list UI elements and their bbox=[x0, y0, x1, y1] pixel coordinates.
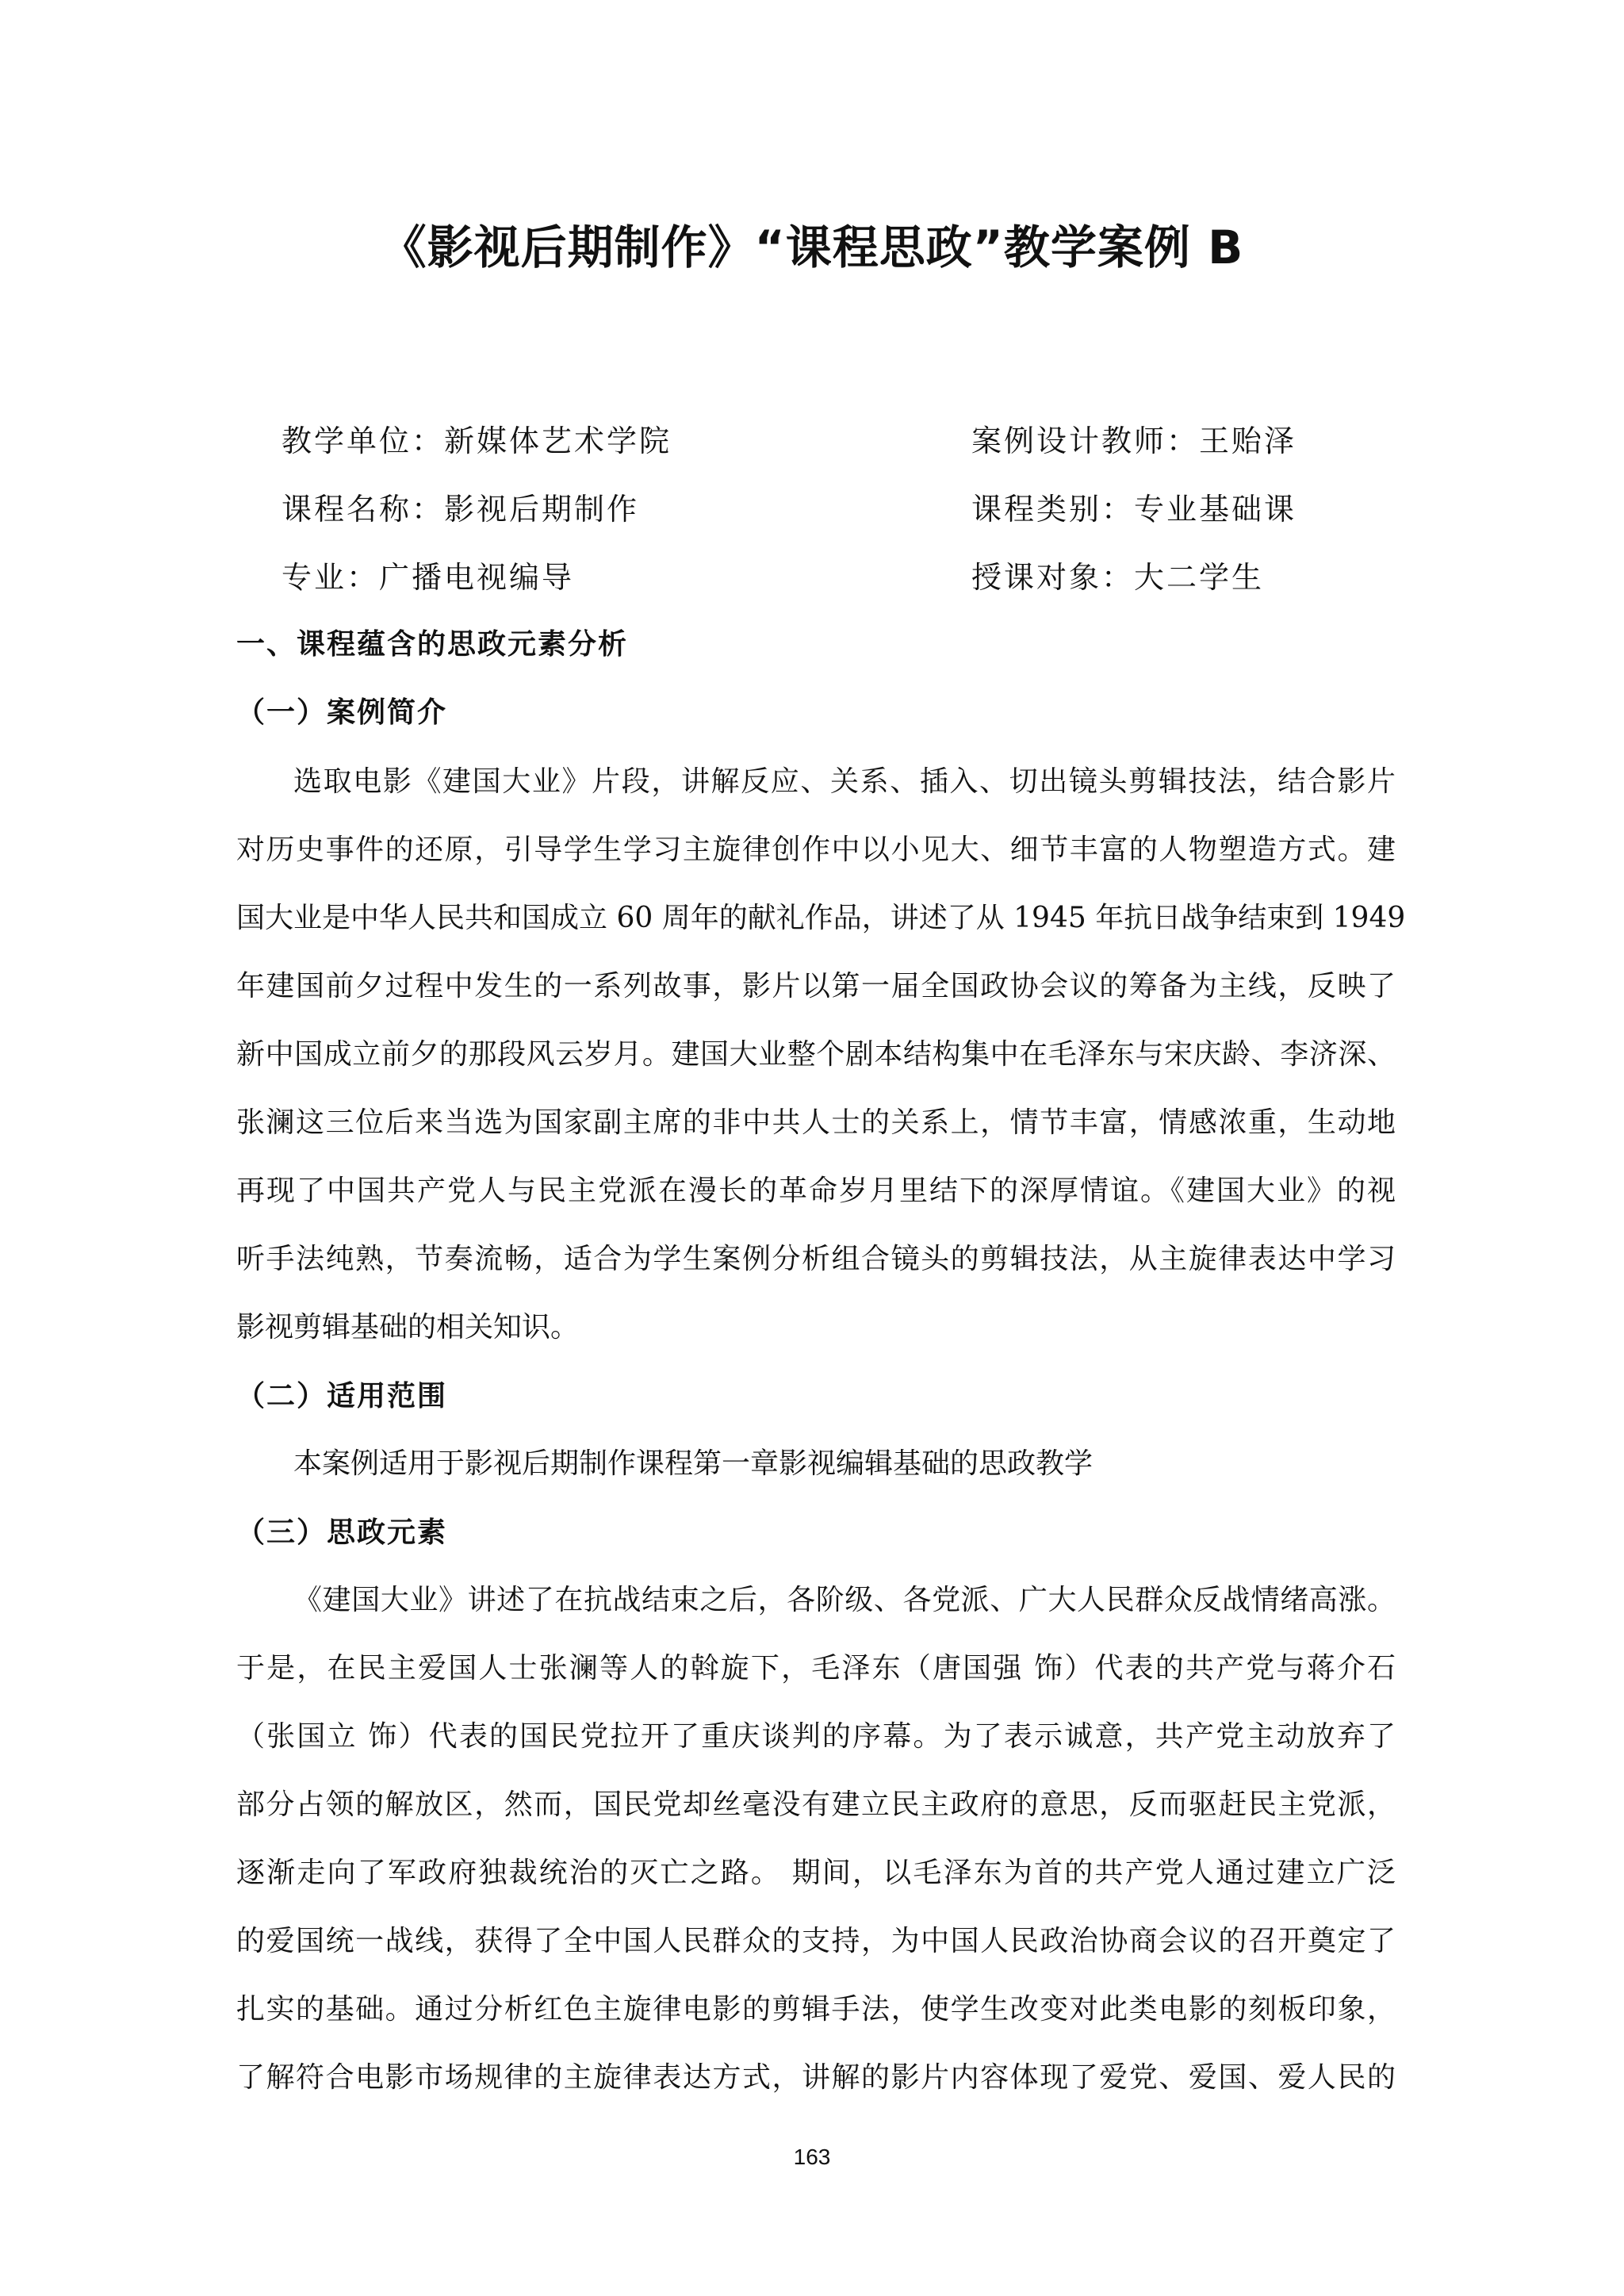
meta-audience: 授课对象：大二学生 bbox=[971, 555, 1264, 600]
paragraph-line: 新中国成立前夕的那段风云岁月。建国大业整个剧本结构集中在毛泽东与宋庆龄、李济深、 bbox=[236, 1033, 1396, 1077]
paragraph-line: 对历史事件的还原，引导学生学习主旋律创作中以小见大、细节丰富的人物塑造方式。建 bbox=[236, 828, 1396, 872]
paragraph-line: 年建国前夕过程中发生的一系列故事，影片以第一届全国政协会议的筹备为主线，反映了 bbox=[236, 964, 1396, 1009]
subsection-heading-elements: （三）思政元素 bbox=[236, 1510, 447, 1554]
paragraph-line: 张澜这三位后来当选为国家副主席的非中共人士的关系上，情节丰富，情感浓重，生动地 bbox=[236, 1101, 1396, 1145]
paragraph-line: 再现了中国共产党人与民主党派在漫长的革命岁月里结下的深厚情谊。《建国大业》的视 bbox=[236, 1169, 1396, 1213]
meta-major: 专业：广播电视编导 bbox=[282, 555, 574, 600]
section-heading-1: 一、课程蕴含的思政元素分析 bbox=[236, 622, 628, 666]
paragraph-line: 的爱国统一战线，获得了全中国人民群众的支持，为中国人民政治协商会议的召开奠定了 bbox=[236, 1919, 1396, 1964]
page-number: 163 bbox=[0, 2141, 1624, 2173]
paragraph-line: 于是，在民主爱国人士张澜等人的斡旋下，毛泽东（唐国强 饰）代表的共产党与蒋介石 bbox=[236, 1646, 1396, 1691]
paragraph-line: 听手法纯熟，节奏流畅，适合为学生案例分析组合镜头的剪辑技法，从主旋律表达中学习 bbox=[236, 1237, 1396, 1282]
paragraph-line: 国大业是中华人民共和国成立 60 周年的献礼作品，讲述了从 1945 年抗日战争… bbox=[236, 896, 1396, 941]
document-page: 《影视后期制作》“课程思政”教学案例 B 教学单位：新媒体艺术学院 案例设计教师… bbox=[0, 0, 1624, 2296]
meta-course-name: 课程名称：影视后期制作 bbox=[282, 487, 639, 531]
paragraph-line: （张国立 饰）代表的国民党拉开了重庆谈判的序幕。为了表示诚意，共产党主动放弃了 bbox=[236, 1715, 1396, 1759]
paragraph-line: 部分占领的解放区，然而，国民党却丝毫没有建立民主政府的意思，反而驱赶民主党派， bbox=[236, 1783, 1396, 1827]
meta-course-category: 课程类别：专业基础课 bbox=[971, 487, 1297, 531]
paragraph-line: 逐渐走向了军政府独裁统治的灭亡之路。 期间，以毛泽东为首的共产党人通过建立广泛 bbox=[236, 1851, 1396, 1895]
document-title: 《影视后期制作》“课程思政”教学案例 B bbox=[0, 216, 1624, 279]
paragraph-line: 《建国大业》讲述了在抗战结束之后，各阶级、各党派、广大人民群众反战情绪高涨。 bbox=[293, 1578, 1396, 1623]
paragraph-line: 影视剪辑基础的相关知识。 bbox=[236, 1305, 1396, 1350]
paragraph-line: 了解符合电影市场规律的主旋律表达方式，讲解的影片内容体现了爱党、爱国、爱人民的 bbox=[236, 2056, 1396, 2100]
meta-case-teacher: 案例设计教师：王贻泽 bbox=[971, 419, 1297, 463]
paragraph-line: 扎实的基础。通过分析红色主旋律电影的剪辑手法，使学生改变对此类电影的刻板印象， bbox=[236, 1987, 1396, 2032]
subsection-heading-case-intro: （一）案例简介 bbox=[236, 690, 447, 734]
subsection-heading-scope: （二）适用范围 bbox=[236, 1374, 447, 1418]
meta-teaching-unit: 教学单位：新媒体艺术学院 bbox=[282, 419, 672, 463]
paragraph-line: 选取电影《建国大业》片段，讲解反应、关系、插入、切出镜头剪辑技法，结合影片 bbox=[293, 760, 1396, 804]
paragraph-line: 本案例适用于影视后期制作课程第一章影视编辑基础的思政教学 bbox=[293, 1442, 1396, 1486]
